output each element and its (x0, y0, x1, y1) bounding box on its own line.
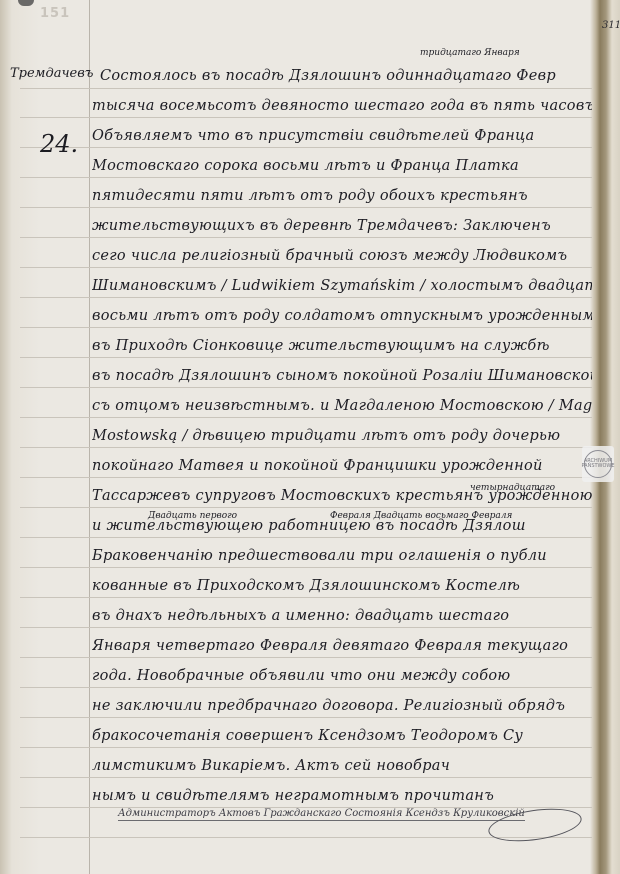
ruled-line (20, 567, 592, 568)
signature: Администраторъ Актовъ Гражданскаго Состо… (118, 808, 525, 821)
margin-village-name: Тремдачевъ (10, 66, 93, 81)
text-line: бракосочетанія совершенъ Ксендзомъ Теодо… (92, 728, 592, 744)
register-page: 151 Тремдачевъ 24. 311 тридцатаго Января… (0, 0, 620, 874)
ruled-line (20, 297, 592, 298)
page-number: 151 (40, 6, 70, 21)
ruled-line (20, 177, 592, 178)
ruled-line (20, 687, 592, 688)
text-line: тысяча восемьсотъ девяносто шестаго года… (92, 98, 592, 114)
archive-stamp: ARCHIWUM PAŃSTWOWE (582, 446, 614, 482)
interlinear-insert: тридцатаго Января (420, 48, 520, 58)
ruled-line (20, 207, 592, 208)
text-line: Mostowską / дѣвицею тридцати лѣтъ отъ ро… (92, 428, 592, 444)
text-line: покойнаго Матвея и покойной Францишки ур… (92, 458, 592, 474)
ruled-line (20, 717, 592, 718)
text-line: кованные въ Приходскомъ Дзялошинскомъ Ко… (92, 578, 592, 594)
text-line: Объявляемъ что въ присутствіи свидѣтелей… (92, 128, 592, 144)
ruled-line (20, 657, 592, 658)
ruled-line (20, 477, 592, 478)
ruled-line (20, 147, 592, 148)
ink-blot (18, 0, 34, 6)
margin-rule (89, 0, 90, 874)
text-line: Мостовскаго сорока восьми лѣтъ и Франца … (92, 158, 592, 174)
text-line: Тассаржевъ супруговъ Мостовскихъ крестья… (92, 488, 592, 504)
ruled-line (20, 88, 592, 89)
text-line: съ отцомъ неизвѣстнымъ. и Магдаленою Мос… (92, 398, 592, 414)
ruled-line (20, 447, 592, 448)
ruled-line (20, 597, 592, 598)
ruled-line (20, 237, 592, 238)
ruled-line (20, 747, 592, 748)
text-line: пятидесяти пяти лѣтъ отъ роду обоихъ кре… (92, 188, 592, 204)
text-line: жительствующихъ въ деревнѣ Тремдачевъ: З… (92, 218, 592, 234)
ruled-line (20, 417, 592, 418)
ruled-line (20, 537, 592, 538)
text-line: лимстикимъ Викаріемъ. Актъ сей новобрач (92, 758, 592, 774)
stamp-seal-icon: ARCHIWUM PAŃSTWOWE (584, 450, 612, 478)
text-line: года. Новобрачные объявили что они между… (92, 668, 592, 684)
right-margin-fragment: 311 (602, 20, 620, 31)
ruled-line (20, 357, 592, 358)
text-line: и жительствующею работницею въ посадѣ Дз… (92, 518, 592, 534)
ruled-line (20, 387, 592, 388)
ruled-line (20, 117, 592, 118)
text-line: не заключили предбрачнаго договора. Рели… (92, 698, 592, 714)
text-line: Шимановскимъ / Ludwikiem Szymańskim / хо… (92, 278, 592, 294)
ruled-line (20, 507, 592, 508)
text-line: нымъ и свидѣтелямъ неграмотнымъ прочитан… (92, 788, 592, 804)
text-line: въ Приходѣ Сіонковице жительствующимъ на… (92, 338, 592, 354)
ruled-line (20, 777, 592, 778)
text-line: сего числа религіозный брачный союзъ меж… (92, 248, 592, 264)
text-line: въ днахъ недѣльныхъ а именно: двадцать ш… (92, 608, 592, 624)
text-line: въ посадѣ Дзялошинъ сыномъ покойной Роза… (92, 368, 592, 384)
ruled-line (20, 327, 592, 328)
ruled-line (20, 627, 592, 628)
text-line: Состоялось въ посадѣ Дзялошинъ одиннадца… (100, 68, 600, 84)
text-line: Января четвертаго Февраля девятаго Февра… (92, 638, 592, 654)
text-line: Браковенчанію предшествовали три оглашен… (92, 548, 592, 564)
entry-number: 24. (40, 130, 78, 158)
ruled-line (20, 267, 592, 268)
text-line: восьми лѣтъ отъ роду солдатомъ отпускным… (92, 308, 592, 324)
